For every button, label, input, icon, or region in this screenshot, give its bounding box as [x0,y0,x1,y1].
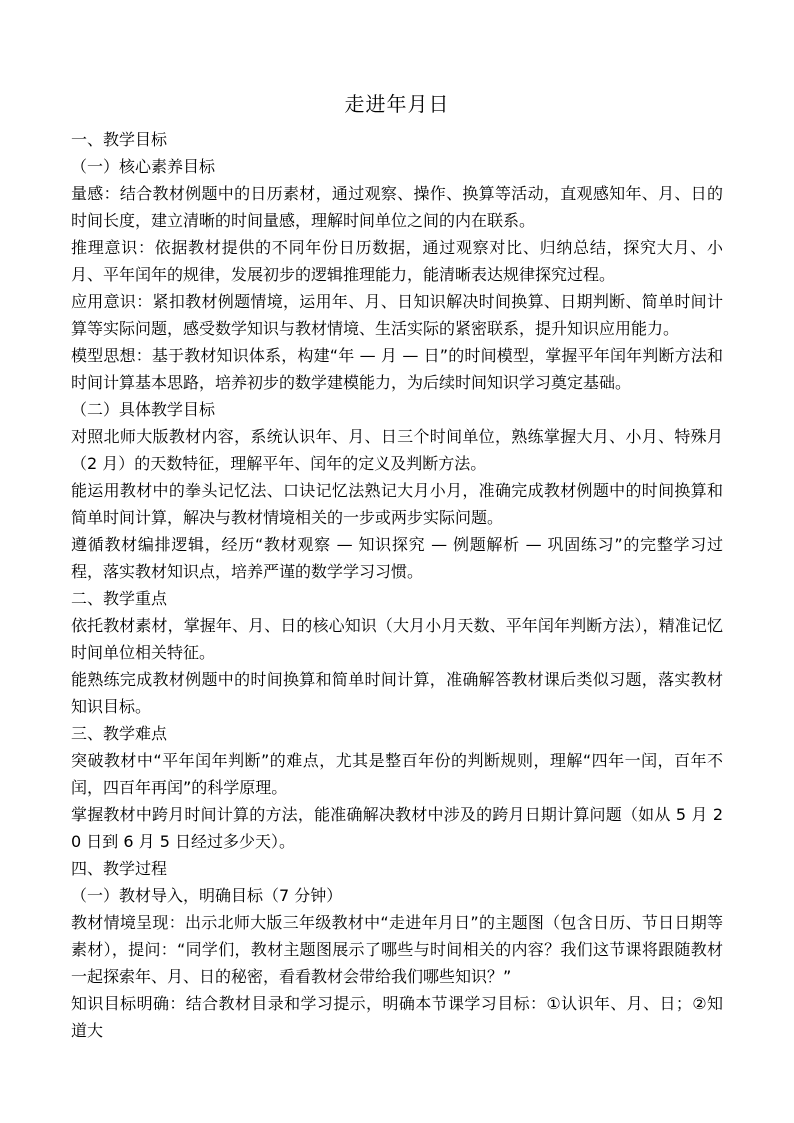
sub-heading: （二）具体教学目标 [71,396,723,423]
section-heading: 一、教学目标 [71,126,723,153]
document-title: 走进年月日 [71,90,723,118]
section-heading: 三、教学难点 [71,720,723,747]
paragraph: 知识目标明确：结合教材目录和学习提示，明确本节课学习目标：①认识年、月、日；②知… [71,990,723,1044]
section-heading: 二、教学重点 [71,585,723,612]
paragraph: 能熟练完成教材例题中的时间换算和简单时间计算，准确解答教材课后类似习题，落实教材… [71,666,723,720]
document-page: 走进年月日 一、教学目标 （一）核心素养目标 量感：结合教材例题中的日历素材，通… [0,0,794,1123]
paragraph: 教材情境呈现：出示北师大版三年级教材中“走进年月日”的主题图（包含日历、节日日期… [71,909,723,990]
sub-heading: （一）教材导入，明确目标（7 分钟） [71,882,723,909]
sub-heading: （一）核心素养目标 [71,153,723,180]
paragraph: 能运用教材中的拳头记忆法、口诀记忆法熟记大月小月，准确完成教材例题中的时间换算和… [71,477,723,531]
paragraph: 突破教材中“平年闰年判断”的难点，尤其是整百年份的判断规则，理解“四年一闰，百年… [71,747,723,801]
paragraph: 推理意识：依据教材提供的不同年份日历数据，通过观察对比、归纳总结，探究大月、小月… [71,234,723,288]
paragraph: 量感：结合教材例题中的日历素材，通过观察、操作、换算等活动，直观感知年、月、日的… [71,180,723,234]
paragraph: 对照北师大版教材内容，系统认识年、月、日三个时间单位，熟练掌握大月、小月、特殊月… [71,423,723,477]
paragraph: 依托教材素材，掌握年、月、日的核心知识（大月小月天数、平年闰年判断方法），精准记… [71,612,723,666]
paragraph: 模型思想：基于教材知识体系，构建“年 — 月 — 日”的时间模型，掌握平年闰年判… [71,342,723,396]
paragraph: 应用意识：紧扣教材例题情境，运用年、月、日知识解决时间换算、日期判断、简单时间计… [71,288,723,342]
section-heading: 四、教学过程 [71,855,723,882]
paragraph: 掌握教材中跨月时间计算的方法，能准确解决教材中涉及的跨月日期计算问题（如从 5 … [71,801,723,855]
paragraph: 遵循教材编排逻辑，经历“教材观察 — 知识探究 — 例题解析 — 巩固练习”的完… [71,531,723,585]
